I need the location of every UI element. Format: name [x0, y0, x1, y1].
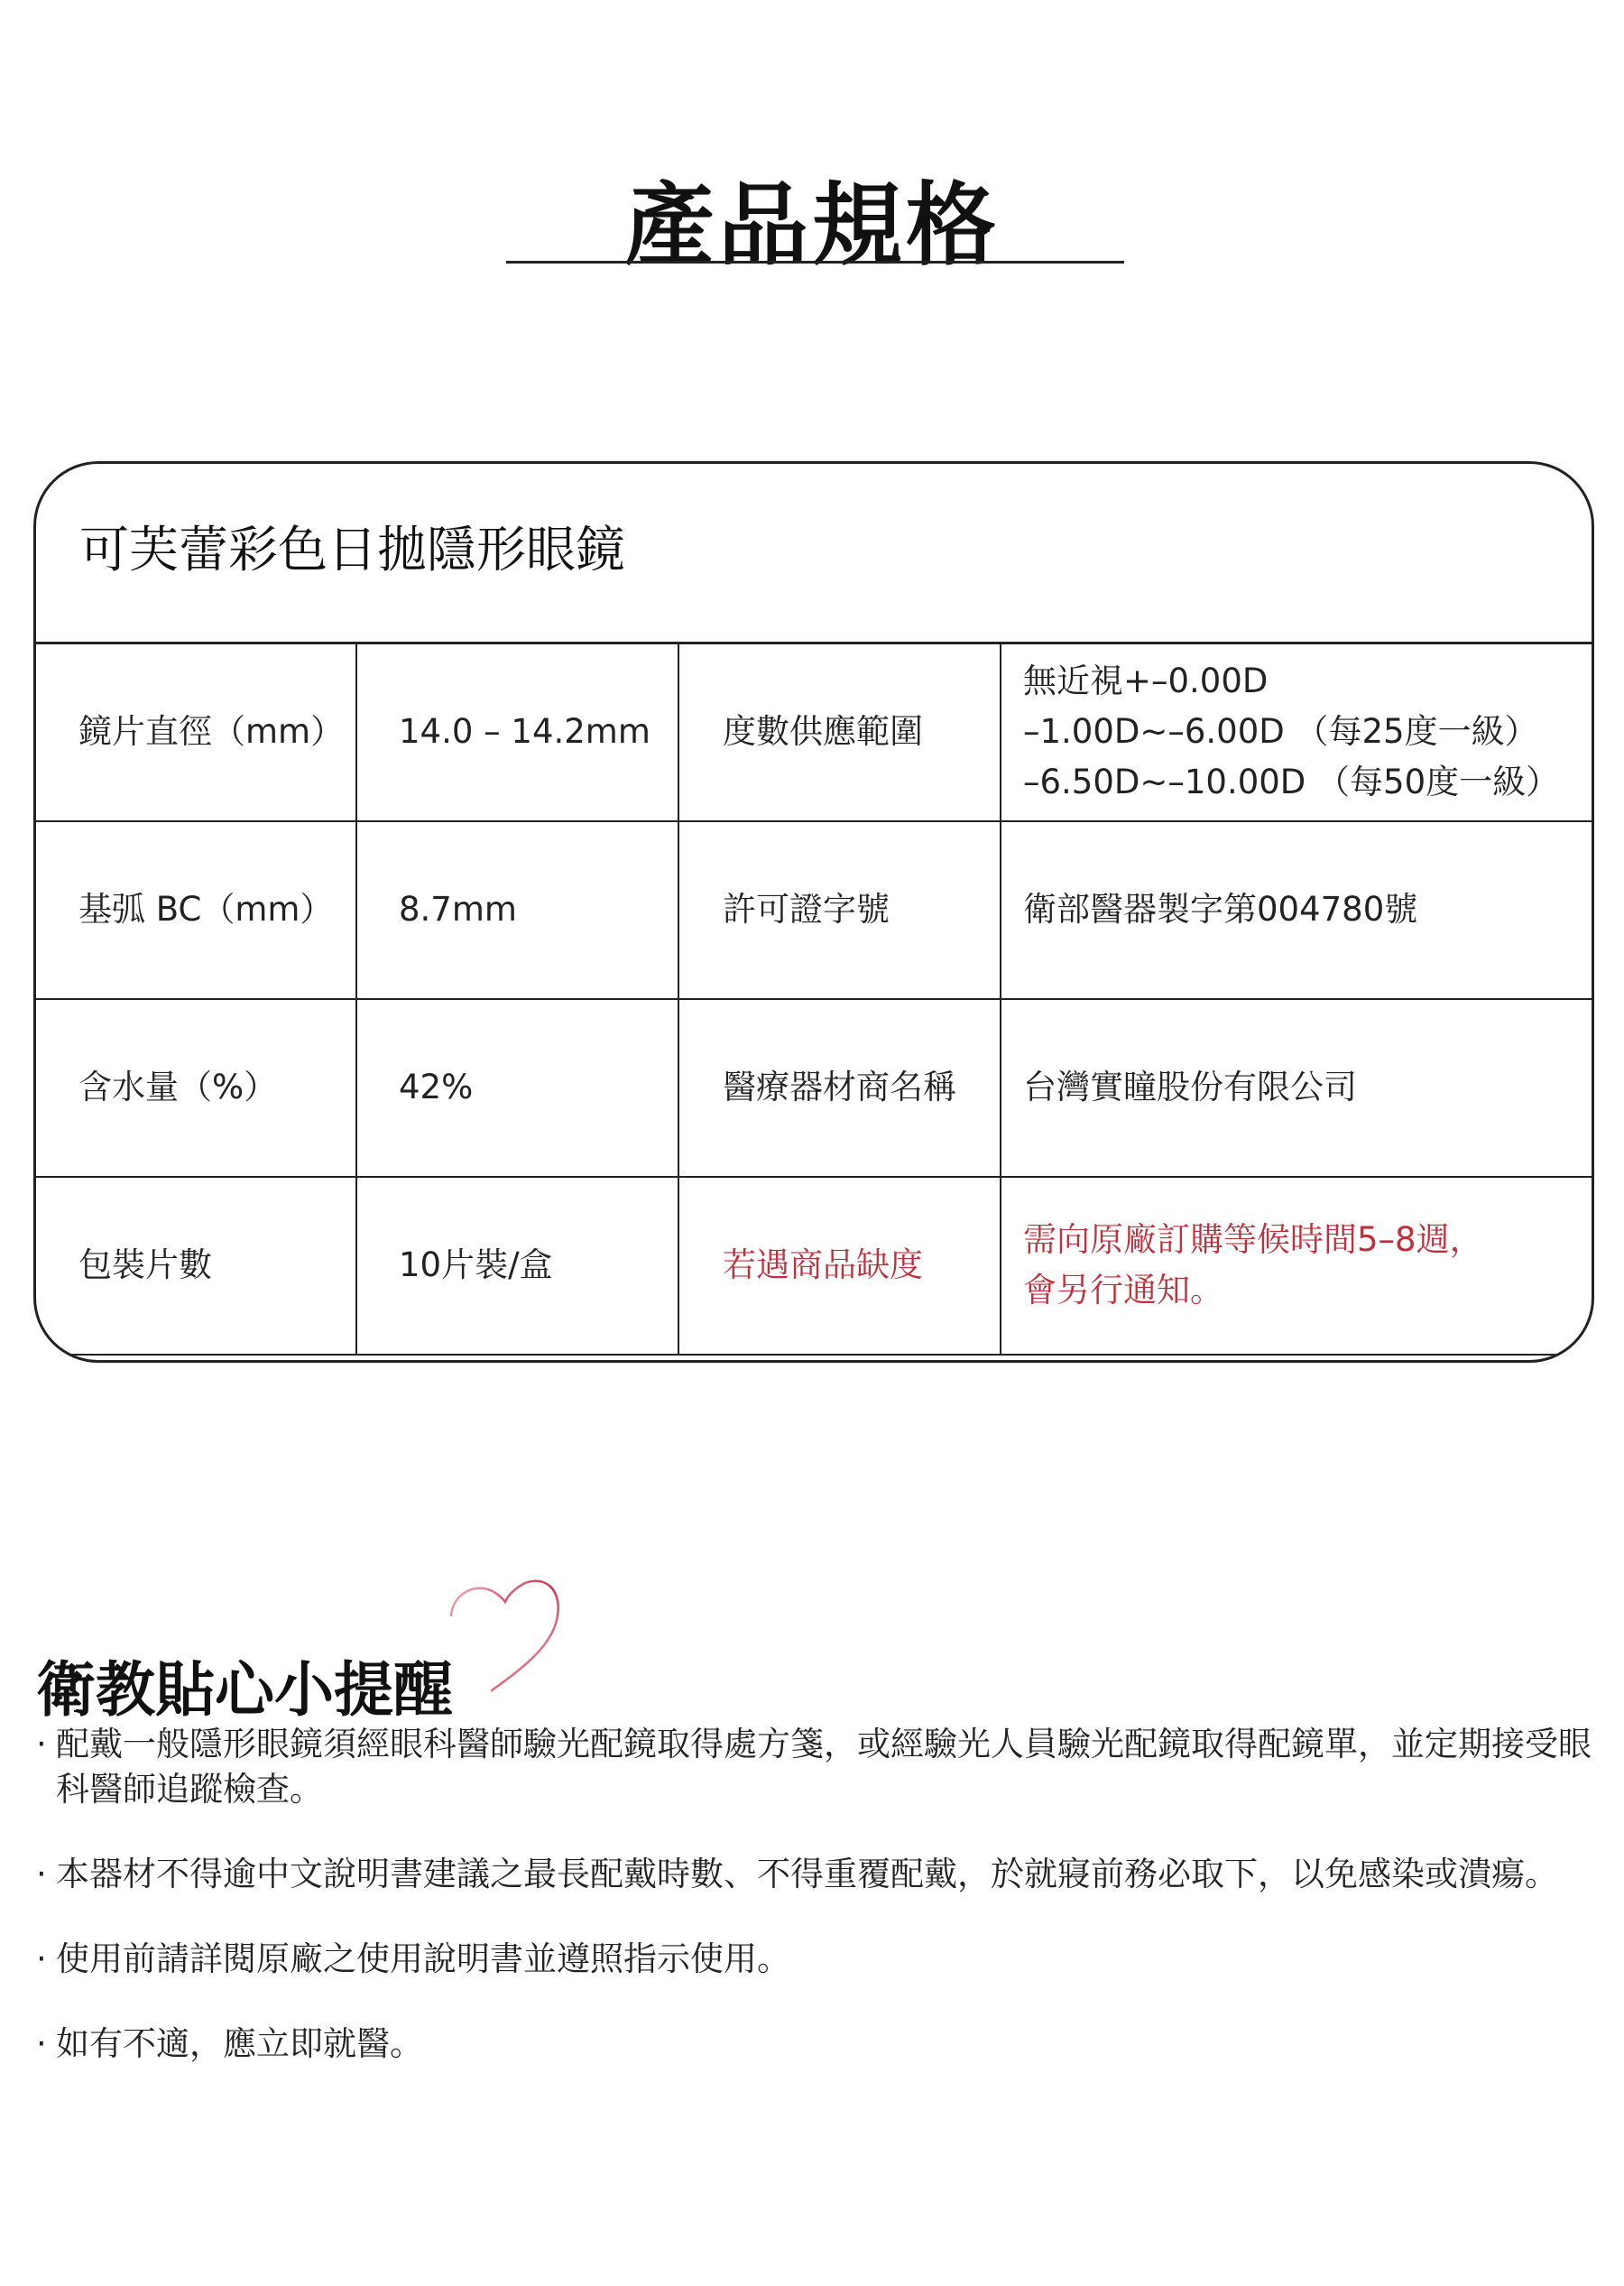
list-item: · 如有不適，應立即就醫。: [34, 2022, 1604, 2067]
spec-value: 14.0 – 14.2mm: [356, 643, 678, 821]
spec-value-line: 無近視+–0.00D: [1023, 656, 1592, 707]
spec-value-line: 會另行通知。: [1023, 1265, 1592, 1316]
spec-label: 含水量（%）: [34, 999, 356, 1177]
spec-label: 基弧 BC（mm）: [34, 821, 356, 999]
title-divider: [506, 261, 1124, 264]
bullet-dot: ·: [36, 2022, 47, 2067]
spec-value: 8.7mm: [356, 821, 678, 999]
table-row: 包裝片數 10片裝/盒 若遇商品缺度 需向原廠訂購等候時間5–8週， 會另行通知…: [34, 1177, 1593, 1355]
page-title: 產品規格: [0, 167, 1624, 284]
bullet-dot: ·: [36, 1722, 47, 1767]
tip-text: 配戴一般隱形眼鏡須經眼科醫師驗光配鏡取得處方箋，或經驗光人員驗光配鏡取得配鏡單，…: [56, 1725, 1592, 1809]
tips-list: · 配戴一般隱形眼鏡須經眼科醫師驗光配鏡取得處方箋，或經驗光人員驗光配鏡取得配鏡…: [34, 1722, 1604, 2067]
spec-value: 42%: [356, 999, 678, 1177]
spec-value-line: 台灣實瞳股份有限公司: [1023, 1062, 1592, 1113]
tip-text: 本器材不得逾中文說明書建議之最長配戴時數、不得重覆配戴，於就寢前務必取下，以免感…: [56, 1855, 1558, 1893]
spec-value: 台灣實瞳股份有限公司: [1001, 999, 1593, 1177]
spec-value-line: –6.50D~–10.00D （每50度一級）: [1023, 757, 1592, 808]
tip-text: 使用前請詳閱原廠之使用說明書並遵照指示使用。: [56, 1939, 790, 1978]
spec-value: 10片裝/盒: [356, 1177, 678, 1355]
product-name: 可芙蕾彩色日拋隱形眼鏡: [79, 514, 625, 586]
spec-label: 度數供應範圍: [678, 643, 1001, 821]
spec-label: 鏡片直徑（mm）: [34, 643, 356, 821]
table-row: 基弧 BC（mm） 8.7mm 許可證字號 衛部醫器製字第004780號: [34, 821, 1593, 999]
heart-outline-icon: [442, 1575, 568, 1692]
spec-value: 無近視+–0.00D –1.00D~–6.00D （每25度一級） –6.50D…: [1001, 643, 1593, 821]
list-item: · 本器材不得逾中文說明書建議之最長配戴時數、不得重覆配戴，於就寢前務必取下，以…: [34, 1852, 1604, 1897]
out-of-stock-notice: 需向原廠訂購等候時間5–8週， 會另行通知。: [1001, 1177, 1593, 1355]
table-row: 含水量（%） 42% 醫療器材商名稱 台灣實瞳股份有限公司: [34, 999, 1593, 1177]
spec-table: 鏡片直徑（mm） 14.0 – 14.2mm 度數供應範圍 無近視+–0.00D…: [33, 642, 1594, 1356]
spec-value-line: 衛部醫器製字第004780號: [1023, 884, 1592, 935]
tip-text: 如有不適，應立即就醫。: [56, 2024, 423, 2063]
list-item: · 使用前請詳閱原廠之使用說明書並遵照指示使用。: [34, 1937, 1604, 1982]
spec-label: 包裝片數: [34, 1177, 356, 1355]
bullet-dot: ·: [36, 1852, 47, 1897]
spec-value: 衛部醫器製字第004780號: [1001, 821, 1593, 999]
spec-label: 許可證字號: [678, 821, 1001, 999]
list-item: · 配戴一般隱形眼鏡須經眼科醫師驗光配鏡取得處方箋，或經驗光人員驗光配鏡取得配鏡…: [34, 1722, 1604, 1812]
spec-value-line: 需向原廠訂購等候時間5–8週，: [1023, 1215, 1592, 1265]
out-of-stock-label: 若遇商品缺度: [678, 1177, 1001, 1355]
spec-card: 可芙蕾彩色日拋隱形眼鏡 鏡片直徑（mm） 14.0 – 14.2mm 度數供應範…: [33, 461, 1594, 1363]
spec-value-line: –1.00D~–6.00D （每25度一級）: [1023, 707, 1592, 757]
spec-label: 醫療器材商名稱: [678, 999, 1001, 1177]
table-row: 鏡片直徑（mm） 14.0 – 14.2mm 度數供應範圍 無近視+–0.00D…: [34, 643, 1593, 821]
bullet-dot: ·: [36, 1937, 47, 1982]
